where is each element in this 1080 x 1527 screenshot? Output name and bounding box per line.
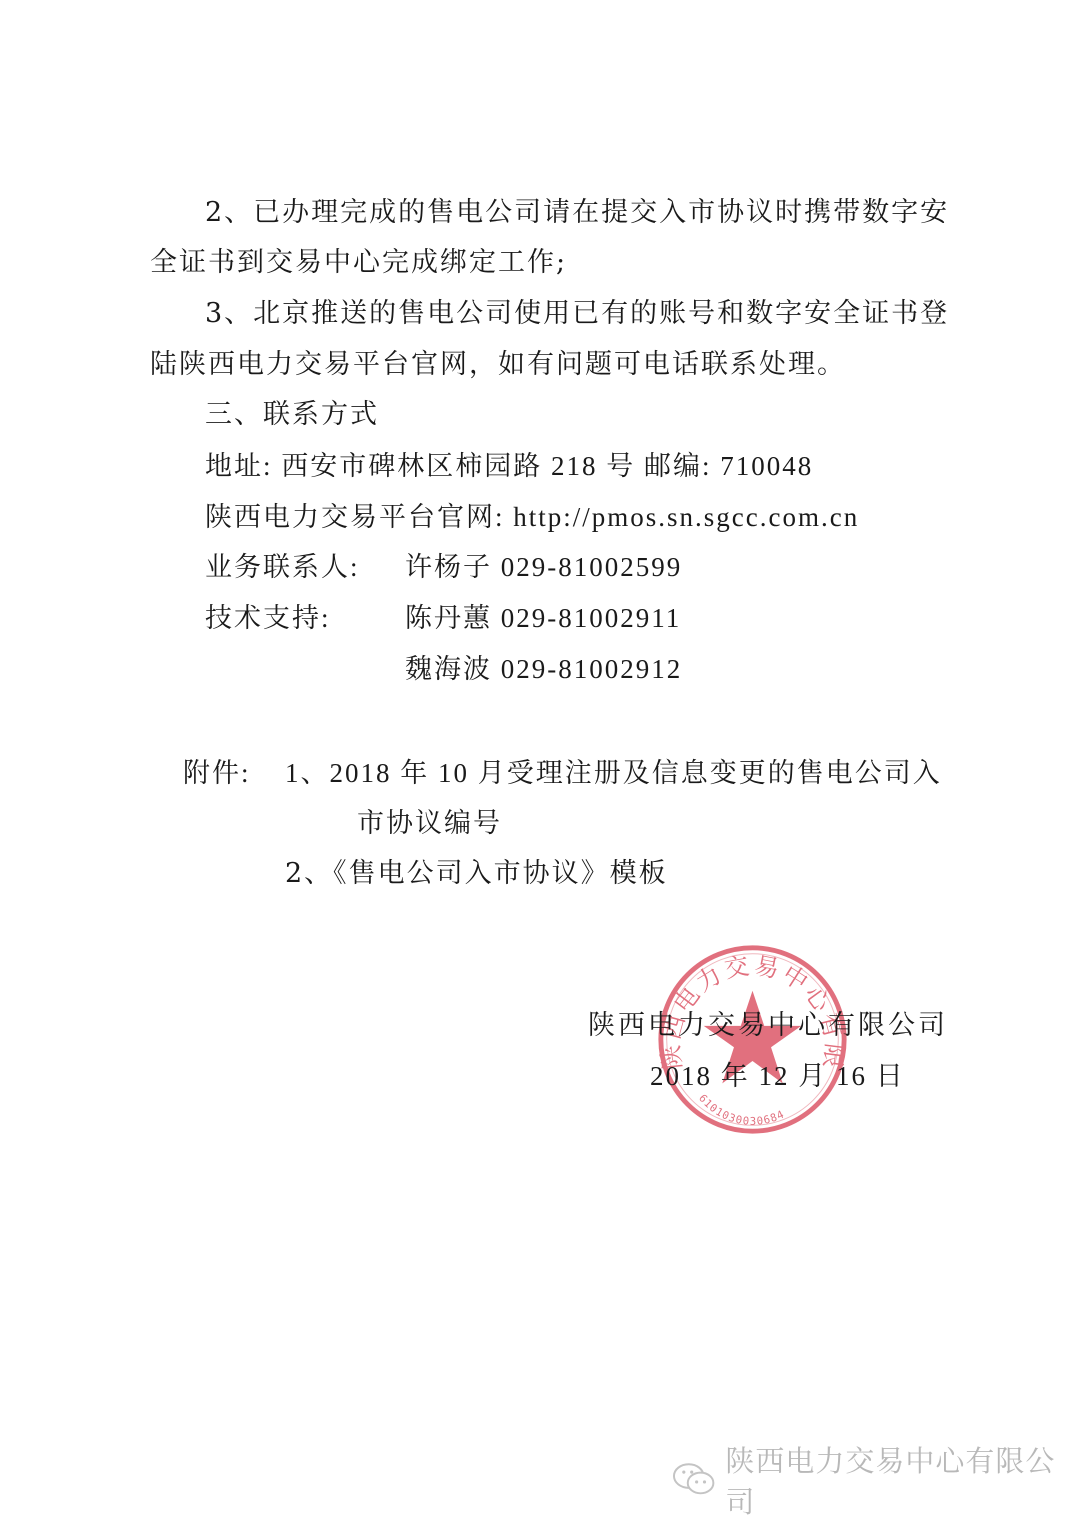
para2-line1: 2、已办理完成的售电公司请在提交入市协议时携带数字安: [205, 195, 949, 231]
address: 地址: 西安市碑林区柿园路 218 号 邮编: 710048: [205, 448, 813, 484]
para3-line2: 陆陕西电力交易平台官网，如有问题可电话联系处理。: [150, 347, 846, 383]
attachment-item-2: 2、《售电公司入市协议》模板: [285, 856, 668, 892]
wechat-account-watermark: 陕西电力交易中心有限公司: [672, 1460, 1080, 1500]
wechat-account-name: 陕西电力交易中心有限公司: [725, 1439, 1080, 1521]
contact-name-phone: 许杨子 029-81002599: [405, 549, 682, 585]
contact-phone: 029-81002912: [501, 654, 683, 684]
signature-organization: 陕西电力交易中心有限公司: [588, 1008, 948, 1044]
wechat-icon: [672, 1462, 717, 1498]
contact-row: 技术支持: 陈丹蕙 029-81002911: [205, 600, 905, 636]
contact-phone: 029-81002911: [501, 603, 682, 633]
contact-phone: 029-81002599: [501, 552, 683, 582]
contact-name: 陈丹蕙: [405, 603, 492, 633]
attachments-label: 附件:: [183, 755, 251, 791]
contact-name-phone: 陈丹蕙 029-81002911: [405, 600, 681, 636]
contact-name: 许杨子: [405, 552, 492, 582]
website: 陕西电力交易平台官网: http://pmos.sn.sgcc.com.cn: [205, 499, 859, 535]
contact-name-phone: 魏海波 029-81002912: [405, 651, 682, 687]
para2-line2: 全证书到交易中心完成绑定工作;: [150, 245, 567, 281]
signature-date: 2018 年 12 月 16 日: [650, 1058, 905, 1094]
contact-label: 业务联系人:: [205, 552, 360, 582]
contact-row: 业务联系人: 许杨子 029-81002599: [205, 549, 905, 585]
contact-name: 魏海波: [405, 654, 492, 684]
attachment-item-1-line1: 1、2018 年 10 月受理注册及信息变更的售电公司入: [285, 755, 942, 791]
contact-label: 技术支持:: [205, 603, 331, 633]
attachment-item-1-line2: 市协议编号: [357, 806, 502, 842]
para3-line1: 3、北京推送的售电公司使用已有的账号和数字安全证书登: [205, 296, 949, 332]
section3-heading: 三、联系方式: [205, 397, 379, 433]
